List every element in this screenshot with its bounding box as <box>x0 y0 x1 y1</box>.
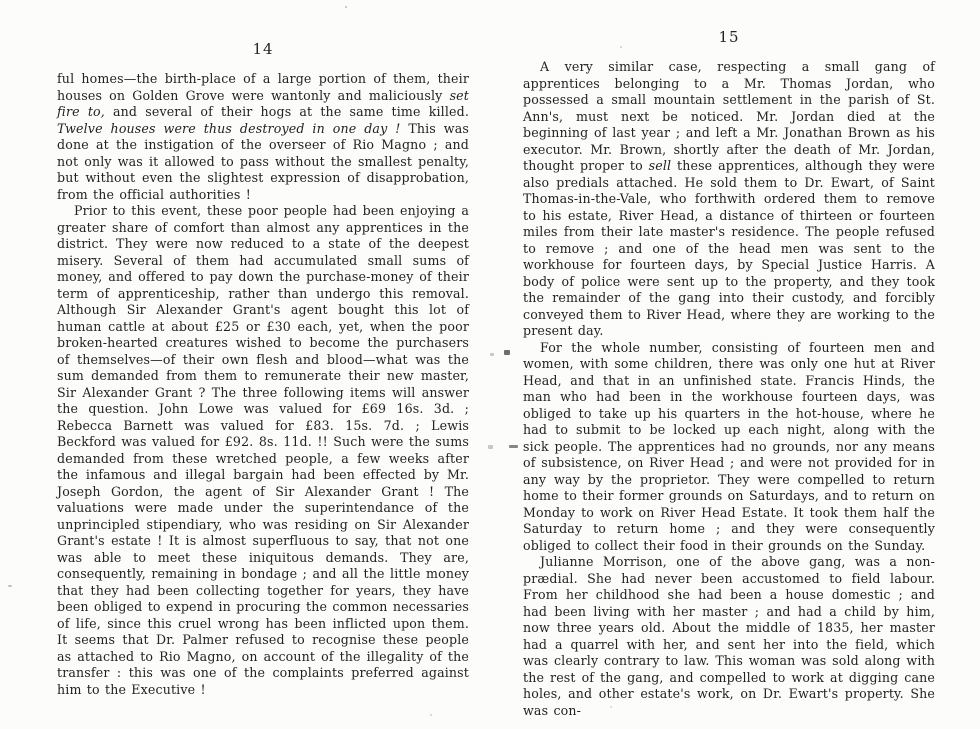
scan-speck <box>488 445 493 449</box>
paragraph: For the whole number, consisting of four… <box>523 340 935 555</box>
scan-speck <box>620 46 622 48</box>
scan-speck <box>509 445 518 448</box>
scan-speck <box>610 706 612 708</box>
paragraph: A very similar case, respecting a small … <box>523 59 935 340</box>
scan-speck <box>345 6 347 8</box>
scan-speck <box>430 714 432 716</box>
page-15: 15 A very similar case, respecting a sma… <box>523 28 935 719</box>
page-number-right: 15 <box>523 28 935 46</box>
page-14: 14 ful homes—the birth-place of a large … <box>57 40 469 698</box>
paragraph-continuation: ful homes—the birth-place of a large por… <box>57 71 469 203</box>
paragraph: Prior to this event, these poor people h… <box>57 203 469 698</box>
scan-speck <box>504 350 510 355</box>
scan-speck <box>8 585 12 587</box>
paragraph: Julianne Morrison, one of the above gang… <box>523 554 935 719</box>
page-number-left: 14 <box>57 40 469 58</box>
scan-speck <box>490 353 494 356</box>
